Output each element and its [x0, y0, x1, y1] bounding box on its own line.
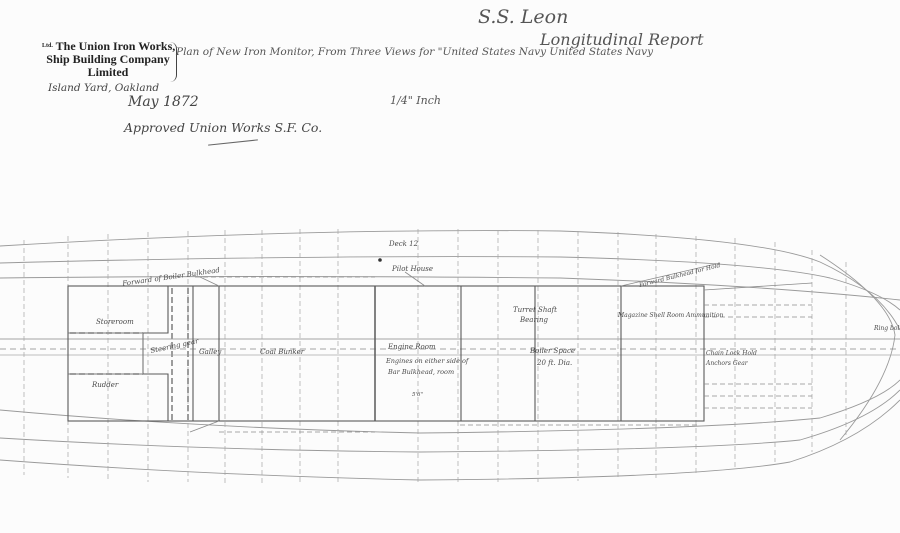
deck-plan-drawing [0, 0, 900, 533]
label-coal-bunker: Coal Bunker [260, 348, 304, 356]
label-ring-bolt: Ring bolt [874, 325, 900, 332]
label-engine-small: 5'6" [412, 392, 423, 398]
label-rudder: Rudder [92, 381, 118, 389]
label-magazine: Magazine Shell Room Ammunition [618, 312, 723, 319]
label-pilot-house: Pilot House [392, 265, 433, 273]
label-engine-note1: Engines on either side of [386, 357, 468, 365]
ship-plan-sheet: S.S. Leon Longitudinal Report Ltd. The U… [0, 0, 900, 533]
label-engine-note2: Bar Bulkhead, room [388, 368, 454, 376]
label-turret-shaft: Turret Shaft [513, 306, 557, 314]
label-boiler-space: Boiler Space [530, 347, 575, 355]
pilot-house-marker [378, 258, 382, 262]
label-galley: Galley [199, 348, 221, 356]
label-storeroom: Storeroom [96, 318, 134, 326]
label-boiler-dia: 20 ft. Dia. [537, 359, 572, 367]
label-anchor-gear: Anchors Gear [706, 360, 748, 367]
center-lines [0, 339, 900, 355]
dashed-bulkheads [70, 288, 188, 420]
label-chain-locker: Chain Lock Hold [706, 350, 757, 357]
label-turret-bearing: Bearing [520, 316, 548, 324]
label-engine-room: Engine Room [388, 343, 436, 351]
compartment-outline [68, 286, 704, 421]
label-deck-note: Deck 12 [389, 240, 418, 248]
